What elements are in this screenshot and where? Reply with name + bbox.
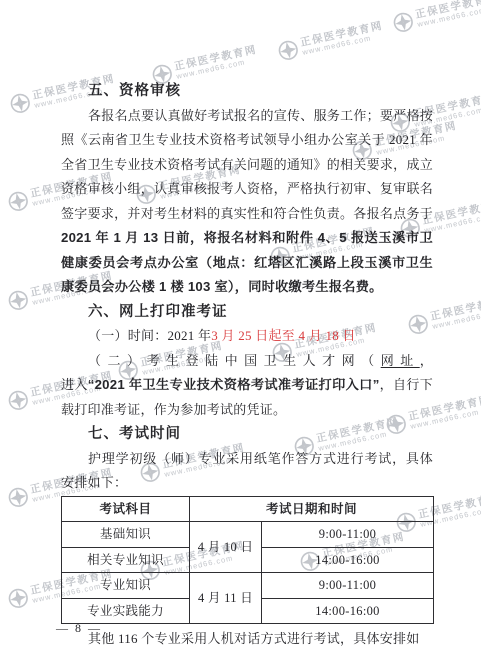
watermark-url: www.med66.com <box>176 56 260 82</box>
other-majors-note: 其他 116 个专业采用人机对话方式进行考试，具体安排如 <box>61 627 433 652</box>
table-row: 专业知识 4 月 11 日 9:00-11:00 <box>62 573 434 599</box>
col-datetime-header: 考试日期和时间 <box>190 496 434 522</box>
time-cell: 14:00-16:00 <box>262 547 434 573</box>
time-cell: 9:00-11:00 <box>262 573 434 599</box>
med66-logo-icon <box>6 586 31 611</box>
med66-logo-icon <box>391 10 416 35</box>
watermark-brand: 正保医学教育网 <box>429 294 481 323</box>
bold-para-line: 健康委员会考点办公室（地点：红塔区汇溪路上段玉溪市卫生健 <box>61 251 433 276</box>
med66-logo-icon <box>6 485 31 510</box>
para-line: 护理学初级（师）专业采用纸笔作答方式进行考试，具体 <box>61 447 433 472</box>
watermark-text: 正保医学教育网 www.med66.com <box>299 20 385 58</box>
document-page: 正保医学教育网 www.med66.com 正保医学教育网 www.med66.… <box>0 0 481 663</box>
watermark: 正保医学教育网 www.med66.com <box>391 0 481 35</box>
subject-cell: 专业知识 <box>62 573 190 599</box>
subject-cell: 基础知识 <box>62 522 190 548</box>
time-cell: 14:00-16:00 <box>262 598 434 624</box>
watermark-brand: 正保医学教育网 <box>299 20 384 49</box>
section5-heading: 五、资格审核 <box>61 79 433 104</box>
table-row: 基础知识 4 月 10 日 9:00-11:00 <box>62 522 434 548</box>
section7-heading: 七、考试时间 <box>61 422 433 447</box>
watermark-brand: 正保医学教育网 <box>414 0 481 21</box>
watermark: 正保医学教育网 www.med66.com <box>276 20 386 63</box>
website-link[interactable]: 网址 <box>381 353 420 368</box>
para-line: 照《云南省卫生专业技术资格考试领导小组办公室关于 2021 年 <box>61 128 433 153</box>
section6-heading: 六、网上打印准考证 <box>61 300 433 325</box>
med66-logo-icon <box>6 189 31 214</box>
med66-logo-icon <box>6 388 31 413</box>
print-date-range: 3 月 25 日起至 4 月 18 日 <box>211 328 356 343</box>
page-number: — 8 — <box>56 621 102 636</box>
entrance-name: “2021 年卫生专业技术资格考试准考证打印入口” <box>88 377 380 392</box>
para-line: 全省卫生专业技术资格考试有关问题的通知》的相关要求，成立 <box>61 153 433 178</box>
med66-logo-icon <box>276 38 301 63</box>
med66-logo-icon <box>6 288 31 313</box>
watermark-text: 正保医学教育网 www.med66.com <box>429 294 481 332</box>
exam-schedule-table: 考试科目 考试日期和时间 基础知识 4 月 10 日 9:00-11:00 相关… <box>61 496 434 625</box>
watermark-url: www.med66.com <box>432 306 481 332</box>
bold-para-line: 2021 年 1 月 13 日前，将报名材料和附件 4、5 报送玉溪市卫生 <box>61 226 433 251</box>
website-line-prefix: （二）考生登陆中国卫生人才网（ <box>88 353 381 368</box>
watermark-url: www.med66.com <box>302 32 386 58</box>
bold-para-line: 康委员会办公楼 1 楼 103 室），同时收缴考生报名费。 <box>61 275 433 300</box>
print-time-label: （一）时间：2021 年 <box>88 328 211 343</box>
entrance-line-prefix: 进入 <box>61 377 88 392</box>
date-cell: 4 月 10 日 <box>190 522 262 573</box>
print-time-line: （一）时间：2021 年3 月 25 日起至 4 月 18 日 <box>61 324 433 349</box>
para-line: 资格审核小组，认真审核报考人资格，严格执行初审、复审联名 <box>61 177 433 202</box>
document-content: 五、资格审核 各报名点要认真做好考试报名的宣传、服务工作；要严格按 照《云南省卫… <box>61 79 433 652</box>
watermark-url: www.med66.com <box>417 4 481 30</box>
col-subject-header: 考试科目 <box>62 496 190 522</box>
time-cell: 9:00-11:00 <box>262 522 434 548</box>
para-line: 签字要求，并对考生材料的真实性和符合性负责。各报名点务于 <box>61 202 433 227</box>
watermark-brand: 正保医学教育网 <box>173 44 258 73</box>
med66-logo-icon <box>8 91 33 116</box>
watermark-text: 正保医学教育网 www.med66.com <box>173 44 259 82</box>
para-line: 安排如下： <box>61 471 433 496</box>
table-header-row: 考试科目 考试日期和时间 <box>62 496 434 522</box>
website-line: （二）考生登陆中国卫生人才网（网址，www.21wecan.com） <box>61 349 433 374</box>
subject-cell: 专业实践能力 <box>62 598 190 624</box>
watermark-text: 正保医学教育网 www.med66.com <box>414 0 481 30</box>
para-line: 各报名点要认真做好考试报名的宣传、服务工作；要严格按 <box>61 104 433 129</box>
para-line: 载打印准考证，作为参加考试的凭证。 <box>61 398 433 423</box>
entrance-line-suffix: ，自行下 <box>380 377 433 392</box>
date-cell: 4 月 11 日 <box>190 573 262 624</box>
subject-cell: 相关专业知识 <box>62 547 190 573</box>
entrance-line: 进入“2021 年卫生专业技术资格考试准考证打印入口”，自行下 <box>61 373 433 398</box>
